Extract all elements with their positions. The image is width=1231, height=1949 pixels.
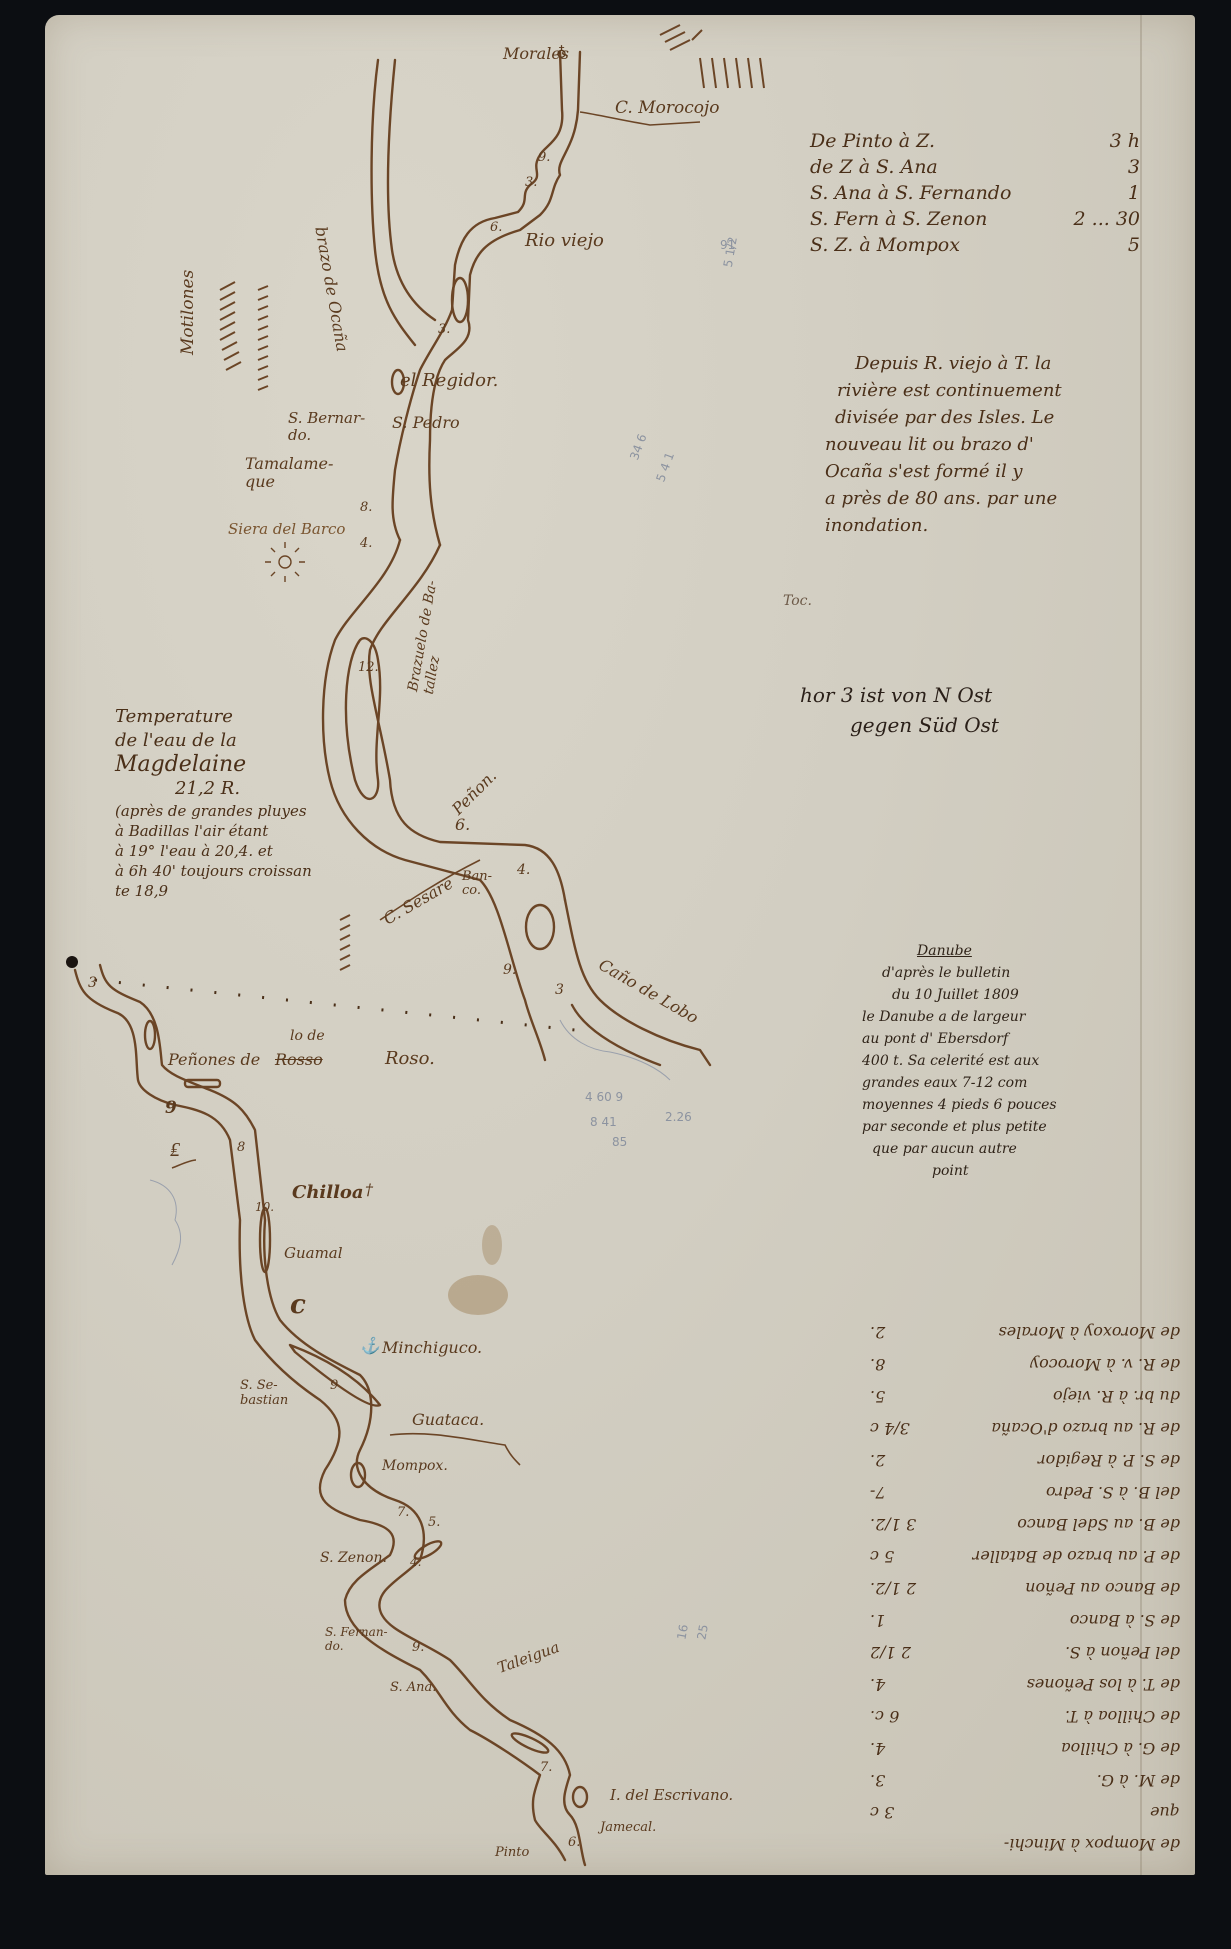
- island: [526, 905, 554, 949]
- depth-mark: 4.: [517, 862, 530, 878]
- label-tamalameque: Tamalame- que: [245, 455, 333, 491]
- table-row: de M. à G.3.: [870, 1764, 1180, 1796]
- table-row: du br. à R. viejo5.: [870, 1380, 1180, 1412]
- c-mark-icon: c: [290, 1290, 306, 1320]
- depth-mark: 9.: [538, 150, 550, 165]
- label-escrivano: I. del Escrivano.: [610, 1786, 733, 1804]
- label-lo-de: lo de: [290, 1028, 325, 1044]
- table-row: de Z à S. Ana3: [810, 154, 1140, 180]
- table-row: de Mompox à Minchi-: [870, 1828, 1180, 1860]
- label-roso: Roso.: [385, 1048, 435, 1069]
- table-row: de P. au brazo de Bataller5 c: [870, 1540, 1180, 1572]
- table-row: de B. au Sdel Banco3 1/2.: [870, 1508, 1180, 1540]
- table-row: S. Ana à S. Fernando1: [810, 180, 1140, 206]
- table-row: de R. v. à Morocoy8.: [870, 1348, 1180, 1380]
- itinerary-inverted: de Mompox à Minchi- que3 c de M. à G.3. …: [860, 1300, 1180, 1860]
- lower-river-left-bank: [75, 970, 565, 1860]
- depth-mark: 8.: [360, 500, 372, 515]
- depth-mark: 9.: [412, 1640, 424, 1655]
- depth-mark: 9: [165, 1098, 177, 1118]
- label-guamal: Guamal: [284, 1244, 343, 1262]
- island: [573, 1787, 587, 1807]
- label-minchiguco: Minchiguco.: [382, 1338, 482, 1357]
- depth-mark: 5.: [428, 1515, 440, 1530]
- label-s-sebastian: S. Se- bastian: [240, 1378, 288, 1408]
- depth-mark: 7.: [397, 1505, 409, 1520]
- depth-mark: 7.: [540, 1760, 552, 1775]
- rio-viejo-left-bank: [393, 52, 563, 540]
- table-row: de Moroxoy à Morales2.: [870, 1316, 1180, 1348]
- pencil-mark: 4 60 9: [585, 1090, 623, 1104]
- island: [510, 1730, 550, 1756]
- label-guataca: Guataca.: [412, 1410, 484, 1429]
- label-struck-text: Rosso: [275, 1050, 323, 1069]
- river-right-bank-mid: [369, 545, 565, 900]
- note-temperature: Temperature de l'eau de la Magdelaine 21…: [115, 705, 312, 901]
- island: [185, 1080, 220, 1087]
- depth-mark: 3: [555, 982, 564, 998]
- table-row: de S. à Banco1.: [870, 1604, 1180, 1636]
- label-morocojo: C. Morocojo: [615, 98, 719, 118]
- depth-mark: 6.: [490, 220, 502, 235]
- label-penones-de: Peñones de: [168, 1050, 260, 1069]
- pencil-mark: 16: [674, 1623, 690, 1640]
- label-motilones: Motilones: [178, 270, 198, 355]
- table-row: del B. à S. Pedro7-: [870, 1476, 1180, 1508]
- label-chilloa: Chilloa: [292, 1182, 364, 1203]
- note-german: hor 3 ist von N Ost gegen Süd Ost: [800, 680, 999, 740]
- label-jamecal: Jamecal.: [600, 1820, 656, 1835]
- island: [145, 1021, 155, 1049]
- note-rio-viejo: Depuis R. viejo à T. la rivière est cont…: [825, 350, 1062, 539]
- depth-mark: 3: [88, 975, 97, 991]
- label-pinto: Pinto: [495, 1845, 529, 1860]
- depth-mark: 8: [237, 1140, 245, 1155]
- table-row: S. Z. à Mompox5: [810, 232, 1140, 258]
- table-row: De Pinto à Z.3 h: [810, 128, 1140, 154]
- label-regidor: el Regidor.: [400, 370, 498, 391]
- note-toc: Toc.: [783, 588, 812, 614]
- dotted-boundary: [95, 980, 575, 1030]
- depth-mark: 10.: [255, 1200, 274, 1214]
- cross-icon: ₤: [170, 1137, 180, 1162]
- table-row: de Chilloa à T.6 c.: [870, 1700, 1180, 1732]
- table-row: de S. P. à Regidor2.: [870, 1444, 1180, 1476]
- label-mompox: Mompox.: [382, 1458, 448, 1474]
- label-banco: Ban- co.: [462, 870, 492, 898]
- island: [452, 278, 468, 322]
- brazo-ocana-left-bank: [372, 60, 415, 345]
- pencil-creek: [150, 1180, 181, 1265]
- label-sierra-barco: Siera del Barco: [228, 520, 345, 538]
- pencil-mark: 8 41: [590, 1115, 617, 1129]
- depth-mark: 9: [330, 1378, 338, 1393]
- label-s-fernando: S. Fernan- do.: [325, 1625, 388, 1653]
- label-rio-viejo: Rio viejo: [525, 230, 604, 251]
- ink-blot: [66, 956, 78, 968]
- depth-mark: 12.: [358, 660, 379, 675]
- depth-mark: 6.: [455, 815, 470, 834]
- pencil-mark: 91: [720, 238, 735, 252]
- note-danube: Danube d'après le bulletin du 10 Juillet…: [862, 940, 1057, 1182]
- depth-mark: 4.: [410, 1555, 421, 1569]
- sierra-marks: [265, 542, 305, 582]
- church-icon: †: [365, 1180, 373, 1199]
- church-icon: ⚓: [360, 1336, 380, 1355]
- table-row: del Peñon à S.2 1/2: [870, 1636, 1180, 1668]
- label-s-ana: S. Ana.: [390, 1680, 436, 1695]
- label-s-zenon: S. Zenon.: [320, 1550, 387, 1566]
- label-s-bernardo: S. Bernar- do.: [288, 410, 365, 444]
- table-row: de G. à Chilloa4.: [870, 1732, 1180, 1764]
- depth-mark: 9.: [503, 962, 516, 978]
- brazo-ocana-right-bank: [388, 60, 435, 320]
- table-row: de R. au brazo d'Ocaña3/4 c: [870, 1412, 1180, 1444]
- ink-stain: [448, 1275, 508, 1315]
- depth-mark: 3.: [438, 322, 450, 337]
- depth-mark: 6.: [568, 1835, 580, 1850]
- pencil-mark: 85: [612, 1135, 627, 1149]
- table-row: de T. à los Peñones4.: [870, 1668, 1180, 1700]
- table-row: de Banco au Peñon2 1/2.: [870, 1572, 1180, 1604]
- table-row: S. Fern à S. Zenon2 ... 30: [810, 206, 1140, 232]
- church-icon: ♁: [556, 42, 567, 60]
- pencil-mark: 25: [694, 1623, 710, 1640]
- pencil-mark: 2.26: [665, 1110, 692, 1124]
- distance-table: De Pinto à Z.3 h de Z à S. Ana3 S. Ana à…: [810, 128, 1140, 258]
- table-row: que3 c: [870, 1796, 1180, 1828]
- label-s-pedro: S. Pedro: [392, 413, 460, 432]
- depth-mark: 4.: [360, 536, 372, 551]
- depth-mark: 3.: [525, 175, 537, 190]
